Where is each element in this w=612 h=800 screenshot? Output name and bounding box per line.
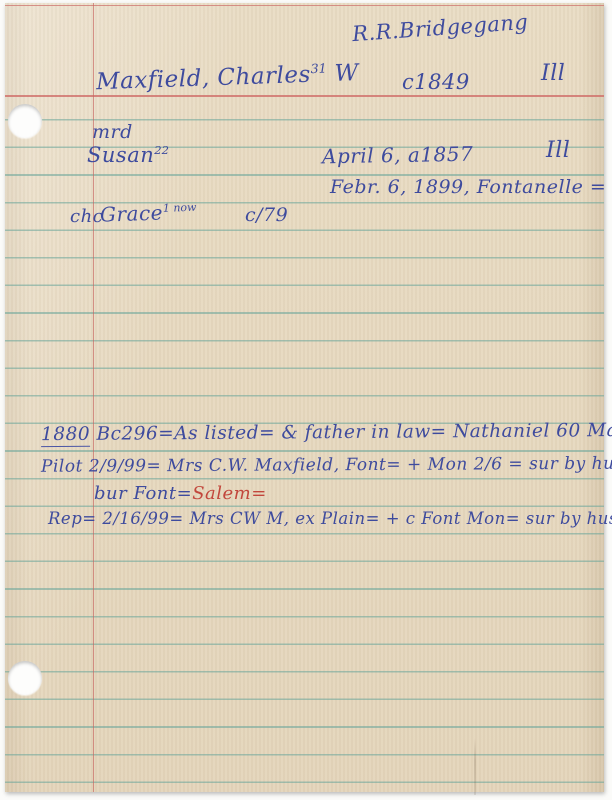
head-birth-place: Ill [541, 61, 565, 86]
obituary-pilot-note: Pilot 2/9/99= Mrs C.W. Maxfield, Font= +… [41, 453, 612, 476]
child-birth-year: c/79 [245, 204, 288, 226]
spouse-death-line: Febr. 6, 1899, Fontanelle = Salem [330, 176, 612, 198]
header-red-rule [5, 95, 604, 97]
married-label-text: mrd [92, 121, 133, 143]
hole-punch-bottom [8, 661, 42, 695]
spouse-birth-date: April 6, a1857 [322, 142, 474, 169]
census-note-text: Bc296=As listed= & father in law= Nathan… [90, 420, 612, 445]
spouse-name-text: Susan [87, 143, 154, 167]
hole-punch-top [8, 104, 42, 138]
child-age-superscript: 1 now [163, 201, 197, 215]
spouse-name: Susan22 [87, 143, 169, 167]
top-red-rule [5, 5, 604, 6]
burial-prefix-text: bur Font= [94, 483, 192, 504]
burial-note: bur Font=Salem= [94, 483, 267, 504]
spouse-birth-date-text: April 6, a1857 [322, 142, 474, 169]
head-birth-year-text: c1849 [402, 70, 470, 94]
head-age-superscript: 31 [310, 61, 327, 77]
paper-crease [474, 738, 476, 795]
child-name: Grace1 now [100, 199, 197, 226]
spouse-birth-place-text: Ill [546, 138, 570, 163]
obituary-reprint-text: Rep= 2/16/99= Mrs CW M, ex Plain= + c Fo… [48, 509, 612, 528]
child-birth-year-text: c/79 [245, 204, 288, 226]
spouse-death-line-text: Febr. 6, 1899, Fontanelle = Salem [330, 176, 612, 198]
child-name-text: Grace [100, 200, 164, 226]
burial-red-note: Salem= [192, 483, 267, 504]
children-label: chc [70, 206, 103, 227]
spouse-age-superscript: 22 [154, 143, 169, 157]
head-birth-place-text: Ill [541, 61, 565, 86]
obituary-reprint-note: Rep= 2/16/99= Mrs CW M, ex Plain= + c Fo… [48, 509, 612, 528]
married-label: mrd [92, 121, 133, 143]
head-initial: W [334, 60, 359, 87]
census-1880-note: 1880 Bc296=As listed= & father in law= N… [41, 420, 612, 445]
obituary-pilot-text: Pilot 2/9/99= Mrs C.W. Maxfield, Font= +… [41, 453, 612, 476]
spouse-birth-place: Ill [546, 138, 570, 163]
children-label-text: chc [70, 206, 103, 227]
census-year: 1880 [41, 424, 90, 447]
head-birth-year: c1849 [402, 70, 470, 94]
